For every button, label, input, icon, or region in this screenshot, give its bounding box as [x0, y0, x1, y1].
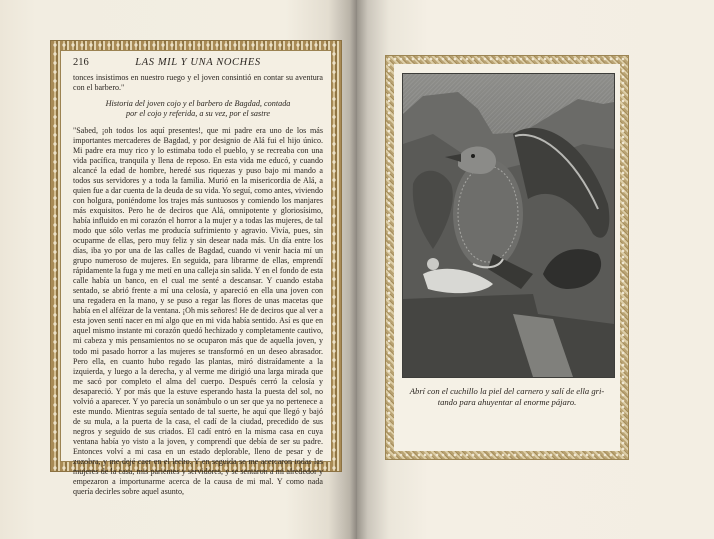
lace-border-frame: 216 LAS MIL Y UNA NOCHES tonces insistim… [50, 40, 342, 472]
body-text: tonces insistimos en nuestro ruego y el … [73, 73, 323, 497]
opening-paragraph: tonces insistimos en nuestro ruego y el … [73, 73, 323, 93]
book-spread: 216 LAS MIL Y UNA NOCHES tonces insistim… [0, 0, 714, 539]
caption-line-1: Abrí con el cuchillo la piel del carnero… [406, 386, 608, 397]
running-head: 216 LAS MIL Y UNA NOCHES [73, 57, 323, 71]
engraving-illustration [402, 73, 615, 378]
caption-line-2: tando para ahuyentar al enorme pájaro. [406, 397, 608, 408]
page-number: 216 [73, 57, 113, 68]
right-page: Abrí con el cuchillo la piel del carnero… [357, 0, 714, 539]
book-title: LAS MIL Y UNA NOCHES [113, 57, 323, 68]
roc-eagle-illustration-icon [403, 74, 614, 377]
illustration-panel: Abrí con el cuchillo la piel del carnero… [394, 64, 620, 451]
text-block: 216 LAS MIL Y UNA NOCHES tonces insistim… [60, 50, 332, 462]
left-page: 216 LAS MIL Y UNA NOCHES tonces insistim… [0, 0, 357, 539]
subheading-line-1: Historia del joven cojo y el barbero de … [83, 99, 313, 109]
subheading-line-2: por el cojo y referida, a su vez, por el… [83, 109, 313, 119]
illustration-frame: Abrí con el cuchillo la piel del carnero… [385, 55, 629, 460]
illustration-caption: Abrí con el cuchillo la piel del carnero… [402, 386, 612, 408]
story-subheading: Historia del joven cojo y el barbero de … [83, 99, 313, 119]
main-paragraph: "Sabed, ¡oh todos los aquí presentes!, q… [73, 126, 323, 498]
